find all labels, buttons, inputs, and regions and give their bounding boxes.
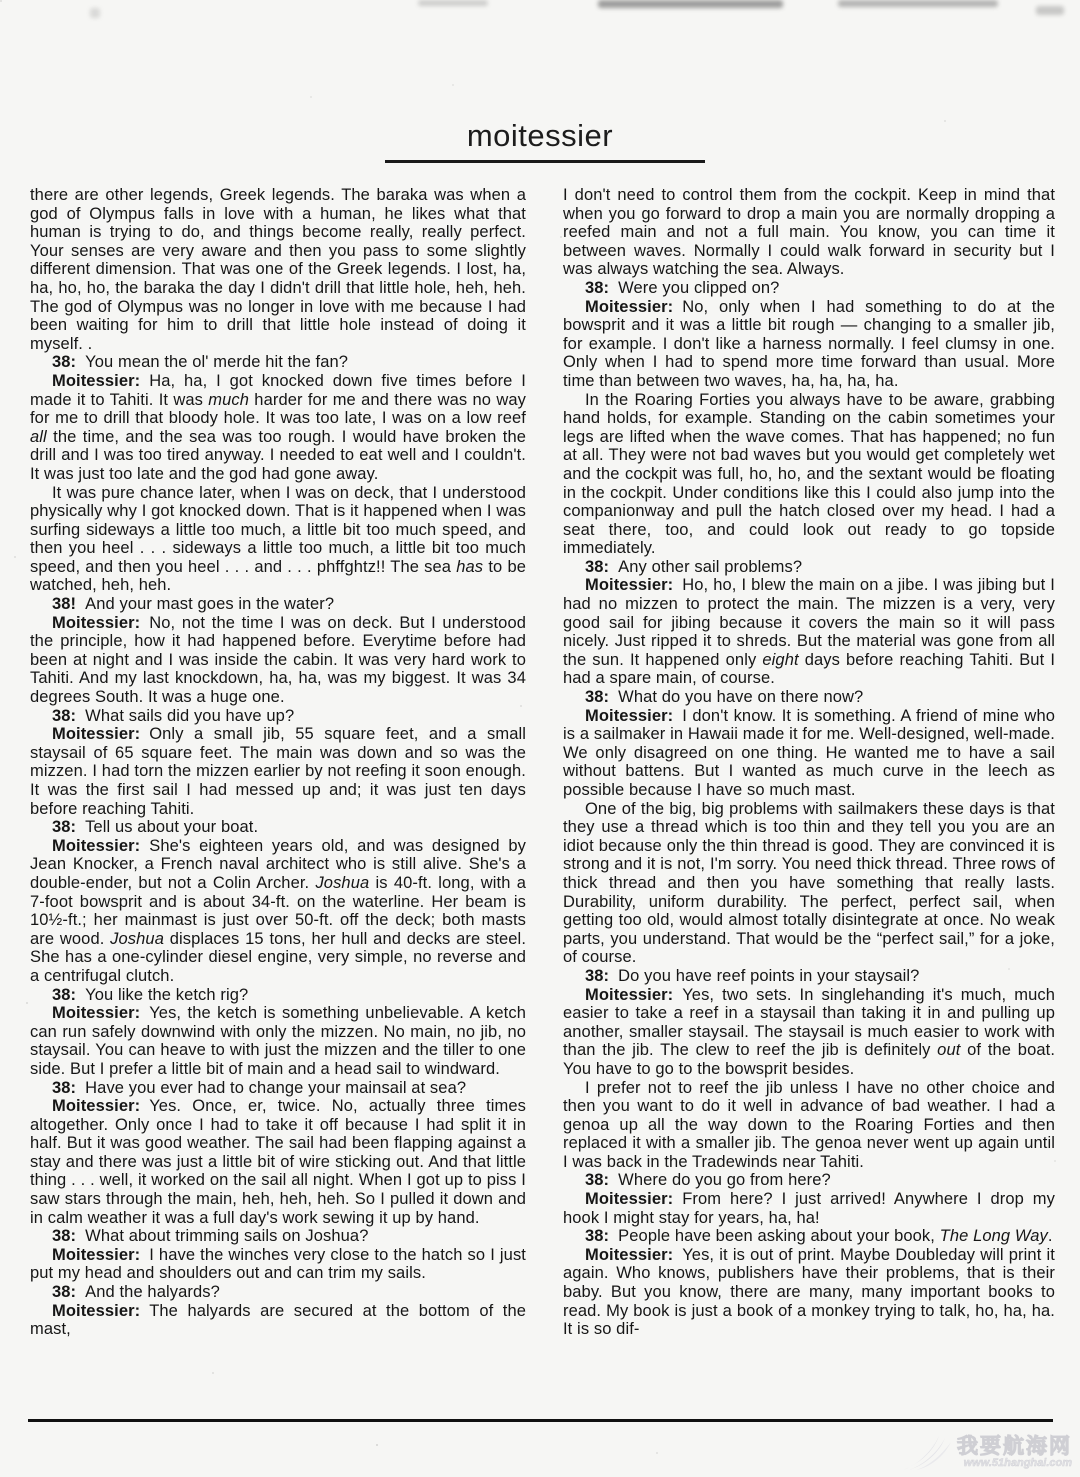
body-paragraph: In the Roaring Forties you always have t…: [563, 391, 1055, 558]
speaker-label: 38:: [52, 818, 76, 836]
speaker-label: 38:: [585, 688, 609, 706]
dialogue-paragraph: Moitessier:Yes. Once, er, twice. No, act…: [30, 1097, 526, 1227]
page-title: moitessier: [0, 118, 1080, 154]
speaker-label: 38:: [52, 1283, 76, 1301]
dialogue-paragraph: 38:People have been asking about your bo…: [563, 1227, 1055, 1246]
dialogue-paragraph: Moitessier:Yes, the ketch is something u…: [30, 1004, 526, 1078]
text-run: It was pure chance later, when I was on …: [30, 484, 526, 576]
dialogue-paragraph: Moitessier:Ho, ho, I blew the main on a …: [563, 576, 1055, 688]
text-run: You like the ketch rig?: [85, 986, 248, 1004]
text-run: One of the big, big problems with sailma…: [563, 800, 1055, 967]
speaker-label: 38:: [52, 1079, 76, 1097]
masthead: moitessier: [0, 118, 1080, 154]
text-run: Were you clipped on?: [618, 279, 779, 297]
dialogue-paragraph: Moitessier:No, not the time I was on dec…: [30, 614, 526, 707]
scan-smudge: [1036, 6, 1064, 15]
speaker-label: 38:: [585, 558, 609, 576]
dialogue-paragraph: 38:You like the ketch rig?: [30, 986, 526, 1005]
speaker-label: Moitessier:: [52, 1246, 140, 1264]
dialogue-paragraph: 38:Tell us about your boat.: [30, 818, 526, 837]
speaker-label: Moitessier:: [52, 1004, 140, 1022]
speaker-label: 38:: [585, 967, 609, 985]
speaker-label: 38:: [585, 279, 609, 297]
body-paragraph: It was pure chance later, when I was on …: [30, 484, 526, 596]
italic-text: all: [30, 428, 47, 446]
dialogue-paragraph: 38!And your mast goes in the water?: [30, 595, 526, 614]
speaker-label: 38:: [52, 707, 76, 725]
dialogue-paragraph: Moitessier:The halyards are secured at t…: [30, 1302, 526, 1339]
speaker-label: Moitessier:: [52, 725, 140, 743]
speaker-label: Moitessier:: [585, 986, 673, 1004]
text-run: I prefer not to reef the jib unless I ha…: [563, 1079, 1055, 1171]
italic-text: eight: [762, 651, 798, 669]
watermark-url: www.51hanghai.com: [957, 1457, 1072, 1469]
text-run: You mean the ol' merde hit the fan?: [85, 353, 348, 371]
watermark-swoosh-icon: [901, 1434, 953, 1472]
dialogue-paragraph: 38:Were you clipped on?: [563, 279, 1055, 298]
speaker-label: Moitessier:: [585, 1190, 673, 1208]
text-run: .: [1048, 1227, 1053, 1245]
title-rule: [385, 160, 705, 163]
dialogue-paragraph: Moitessier:I don't know. It is something…: [563, 707, 1055, 800]
watermark-site-name: 我要航海网: [957, 1437, 1072, 1457]
italic-text: much: [208, 391, 249, 409]
dialogue-paragraph: 38:What about trimming sails on Joshua?: [30, 1227, 526, 1246]
italic-text: Joshua: [315, 874, 369, 892]
italic-text: The Long Way: [940, 1227, 1048, 1245]
italic-text: has: [456, 558, 483, 576]
dialogue-paragraph: Moitessier:Yes, two sets. In singlehandi…: [563, 986, 1055, 1079]
text-column-left: there are other legends, Greek legends. …: [30, 186, 526, 1418]
bottom-rule: [28, 1419, 1053, 1422]
text-run: Any other sail problems?: [618, 558, 802, 576]
speaker-label: Moitessier:: [52, 837, 140, 855]
scan-smudge: [418, 0, 488, 6]
scan-smudge: [838, 0, 998, 7]
speaker-label: Moitessier:: [585, 1246, 673, 1264]
dialogue-paragraph: 38:Any other sail problems?: [563, 558, 1055, 577]
text-column-right: I don't need to control them from the co…: [563, 186, 1055, 1418]
text-run: In the Roaring Forties you always have t…: [563, 391, 1055, 558]
speaker-label: 38:: [585, 1171, 609, 1189]
scan-smudge: [90, 8, 100, 18]
speaker-label: Moitessier:: [52, 1097, 140, 1115]
speaker-label: Moitessier:: [585, 298, 673, 316]
speaker-label: 38:: [52, 1227, 76, 1245]
dialogue-paragraph: 38:Where do you go from here?: [563, 1171, 1055, 1190]
speaker-label: Moitessier:: [585, 707, 673, 725]
italic-text: out: [937, 1041, 960, 1059]
speaker-label: Moitessier:: [52, 1302, 140, 1320]
dialogue-paragraph: 38:Do you have reef points in your stays…: [563, 967, 1055, 986]
text-run: Tell us about your boat.: [85, 818, 258, 836]
text-run: Yes. Once, er, twice. No, actually three…: [30, 1097, 526, 1227]
speaker-label: Moitessier:: [52, 614, 140, 632]
body-paragraph: I don't need to control them from the co…: [563, 186, 1055, 279]
text-run: And your mast goes in the water?: [85, 595, 334, 613]
dialogue-paragraph: 38:And the halyards?: [30, 1283, 526, 1302]
dialogue-paragraph: Moitessier:No, only when I had something…: [563, 298, 1055, 391]
text-run: What sails did you have up?: [85, 707, 294, 725]
italic-text: Joshua: [110, 930, 164, 948]
text-run: What do you have on there now?: [618, 688, 863, 706]
watermark: 我要航海网 www.51hanghai.com: [901, 1434, 1072, 1472]
dialogue-paragraph: 38:What sails did you have up?: [30, 707, 526, 726]
body-paragraph: I prefer not to reef the jib unless I ha…: [563, 1079, 1055, 1172]
speaker-label: 38:: [52, 353, 76, 371]
dialogue-paragraph: Moitessier:From here? I just arrived! An…: [563, 1190, 1055, 1227]
speaker-label: 38!: [52, 595, 76, 613]
text-run: Where do you go from here?: [618, 1171, 831, 1189]
text-run: What about trimming sails on Joshua?: [85, 1227, 368, 1245]
text-run: People have been asking about your book,: [618, 1227, 940, 1245]
text-run: Do you have reef points in your staysail…: [618, 967, 919, 985]
dialogue-paragraph: 38:Have you ever had to change your main…: [30, 1079, 526, 1098]
paper-speckles: [0, 0, 2, 2]
speaker-label: Moitessier:: [585, 576, 673, 594]
speaker-label: 38:: [585, 1227, 609, 1245]
dialogue-paragraph: Moitessier:She's eighteen years old, and…: [30, 837, 526, 986]
text-run: I don't need to control them from the co…: [563, 186, 1055, 278]
body-paragraph: One of the big, big problems with sailma…: [563, 800, 1055, 967]
scan-smudge: [598, 0, 783, 8]
speaker-label: 38:: [52, 986, 76, 1004]
dialogue-paragraph: Moitessier:Yes, it is out of print. Mayb…: [563, 1246, 1055, 1339]
dialogue-paragraph: 38:You mean the ol' merde hit the fan?: [30, 353, 526, 372]
dialogue-paragraph: Moitessier:I have the winches very close…: [30, 1246, 526, 1283]
text-run: And the halyards?: [85, 1283, 220, 1301]
speaker-label: Moitessier:: [52, 372, 140, 390]
dialogue-paragraph: 38:What do you have on there now?: [563, 688, 1055, 707]
body-paragraph: there are other legends, Greek legends. …: [30, 186, 526, 353]
text-run: Have you ever had to change your mainsai…: [85, 1079, 466, 1097]
text-run: the time, and the sea was too rough. I w…: [30, 428, 526, 483]
dialogue-paragraph: Moitessier:Ha, ha, I got knocked down fi…: [30, 372, 526, 484]
text-run: there are other legends, Greek legends. …: [30, 186, 526, 353]
dialogue-paragraph: Moitessier:Only a small jib, 55 square f…: [30, 725, 526, 818]
